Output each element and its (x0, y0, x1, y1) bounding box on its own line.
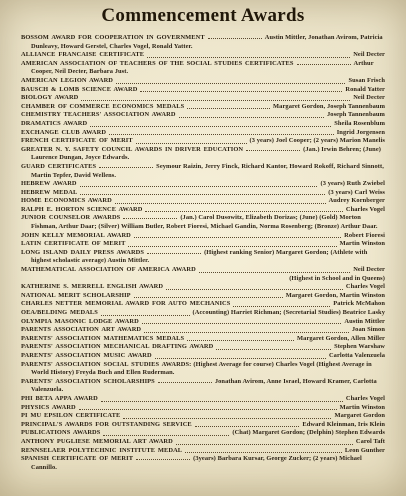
award-recipients: Ingrid Jorgensen (337, 129, 385, 138)
award-recipients: Patrick McMahon (333, 300, 385, 309)
award-line: PARENTS' ASSOCIATION SCHOLARSHIPSJonatha… (21, 378, 377, 394)
award-recipients: Charles Vogel (346, 206, 385, 215)
award-entry: PARENTS' ASSOCIATION SOCIAL STUDIES AWAR… (21, 361, 385, 378)
award-name: PARENTS' ASSOCIATION SOCIAL STUDIES AWAR… (21, 361, 191, 368)
award-name: RENNSELAER POLYTECHNIC INSTITUTE MEDAL (21, 447, 182, 456)
award-name: PRINCIPAL'S AWARDS FOR OUTSTANDING SERVI… (21, 421, 192, 430)
dot-leader (185, 452, 342, 453)
award-entry: RENNSELAER POLYTECHNIC INSTITUTE MEDALLe… (21, 447, 385, 456)
page-title: Commencement Awards (21, 5, 385, 27)
dot-leader (116, 83, 345, 84)
award-name: CHARLES NETTER MEMORIAL AWARD FOR AUTO M… (21, 300, 230, 309)
dot-leader (147, 250, 201, 254)
award-line: LONG ISLAND DAILY PRESS AWARDS(Highest r… (21, 249, 367, 265)
award-line: OLYMPIA MASONIC LODGE AWARDAustin Mittle… (21, 318, 385, 327)
award-recipients: Joan Simon (352, 326, 385, 335)
dot-leader (176, 444, 353, 445)
award-line: PRINCIPAL'S AWARDS FOR OUTSTANDING SERVI… (21, 421, 385, 430)
dot-leader (109, 134, 334, 135)
award-note: (Highest in School and in Queens) (21, 275, 385, 284)
dot-leader (158, 379, 212, 383)
award-line: CHARLES NETTER MEMORIAL AWARD FOR AUTO M… (21, 300, 385, 309)
award-line: BOSSOM AWARD FOR COOPERATION IN GOVERNME… (21, 34, 383, 50)
award-line: GUARD CERTIFICATESSeymour Raizin, Jerry … (21, 163, 384, 179)
award-name: SPANISH CERTIFICATE OF MERIT (21, 455, 133, 462)
dot-leader (101, 315, 190, 316)
award-entry: BIOLOGY AWARDNeil Decter (21, 94, 385, 103)
award-name: LONG ISLAND DAILY PRESS AWARDS (21, 249, 144, 256)
award-name: PHYSICS AWARD (21, 404, 76, 413)
award-name: NATIONAL MERIT SCHOLARSHIP (21, 292, 131, 301)
award-entry: ANTHONY PUGLIESE MEMORIAL ART AWARDCarol… (21, 438, 385, 447)
dot-leader (187, 340, 294, 341)
award-name: AMERICAN ASSOCIATION OF TEACHERS OF THE … (21, 60, 294, 67)
award-recipients: Charles Vogel (346, 283, 385, 292)
dot-leader (179, 117, 324, 118)
award-line: HOME ECONOMICS AWARDAudrey Kornberger (21, 197, 385, 206)
dot-leader (140, 91, 342, 92)
award-recipients: (Chat) Margaret Gordon; (Delphin) Stephe… (232, 429, 385, 438)
award-line: ANTHONY PUGLIESE MEMORIAL ART AWARDCarol… (21, 438, 385, 447)
award-line: GREATER N. Y. SAFETY COUNCIL AWARDS IN D… (21, 146, 381, 162)
award-entry: CHEMISTRY TEACHERS' ASSOCIATION AWARDJos… (21, 111, 385, 120)
award-name: ALLIANCE FRANCAISE CERTIFICATE (21, 51, 144, 60)
award-line: CHAMBER OF COMMERCE ECONOMICS MEDALSMarg… (21, 103, 385, 112)
award-entry: PARENTS' ASSOCIATION MECHANICAL DRAFTING… (21, 343, 385, 352)
award-name: CHEMISTRY TEACHERS' ASSOCIATION AWARD (21, 111, 176, 120)
award-entry: GREATER N. Y. SAFETY COUNCIL AWARDS IN D… (21, 146, 385, 163)
award-entry: CHAMBER OF COMMERCE ECONOMICS MEDALSMarg… (21, 103, 385, 112)
award-recipients: Margaret Gordon (334, 412, 385, 421)
award-entry: DRAMATICS AWARDSheila Rosenblum (21, 120, 385, 129)
award-line: AMERICAN LEGION AWARDSusan Frisch (21, 77, 385, 86)
award-name: EXCHANGE CLUB AWARD (21, 129, 106, 138)
award-line: HEBREW MEDAL(3 years) Carl Weiss (21, 189, 385, 198)
dot-leader (101, 401, 343, 402)
award-line: RENNSELAER POLYTECHNIC INSTITUTE MEDALLe… (21, 447, 385, 456)
award-recipients: Margaret Gordon, Martin Winston (286, 292, 385, 301)
award-recipients: Joseph Tannenbaum (327, 111, 385, 120)
award-recipients: Austin Mittler (344, 318, 385, 327)
dot-leader (134, 237, 341, 238)
award-line: LATIN CERTIFICATE OF MERITMartin Winston (21, 240, 385, 249)
dot-leader (90, 126, 331, 127)
award-recipients: Neil Decter (353, 266, 385, 275)
award-entry: JOHN KELLY MEMORIAL AWARDRobert Fioresi (21, 232, 385, 241)
page: Commencement Awards BOSSOM AWARD FOR COO… (21, 5, 385, 472)
award-recipients: Ronald Yatter (345, 86, 385, 95)
award-line: NATIONAL MERIT SCHOLARSHIPMargaret Gordo… (21, 292, 385, 301)
award-line: CHEMISTRY TEACHERS' ASSOCIATION AWARDJos… (21, 111, 385, 120)
dot-leader (128, 246, 336, 247)
award-line: ALLIANCE FRANCAISE CERTIFICATENeil Decte… (21, 51, 385, 60)
award-entry: JUNIOR COUNSELOR AWARDS(Jan.) Carol Duso… (21, 214, 385, 231)
award-name: PHI BETA APPA AWARD (21, 395, 98, 404)
award-recipients: Sheila Rosenblum (334, 120, 385, 129)
award-line: HEBREW AWARD(3 years) Ruth Zwiebel (21, 180, 385, 189)
award-name: RALPH E. HORTON SCIENCE AWARD (21, 206, 142, 215)
award-line: EXCHANGE CLUB AWARDIngrid Jorgensen (21, 129, 385, 138)
award-recipients: (3 years) Carl Weiss (328, 189, 385, 198)
award-line: PUBLICATIONS AWARDS(Chat) Margaret Gordo… (21, 429, 385, 438)
dot-leader (199, 272, 350, 273)
award-line: PI MU EPSILON CERTIFICATEMargaret Gordon (21, 412, 385, 421)
award-entry: AMERICAN LEGION AWARDSusan Frisch (21, 77, 385, 86)
award-name: GUARD CERTIFICATES (21, 163, 96, 170)
award-name: JUNIOR COUNSELOR AWARDS (21, 214, 120, 221)
award-entry: HOME ECONOMICS AWARDAudrey Kornberger (21, 197, 385, 206)
award-line: PARENTS' ASSOCIATION MATHEMATICS MEDALSM… (21, 335, 385, 344)
dot-leader (81, 100, 350, 101)
award-recipients: Stephen Warshaw (334, 343, 385, 352)
award-name: CHAMBER OF COMMERCE ECONOMICS MEDALS (21, 103, 184, 112)
award-entry: BAUSCH & LOMB SCIENCE AWARDRonald Yatter (21, 86, 385, 95)
dot-leader (123, 215, 177, 219)
dot-leader (80, 186, 318, 187)
award-line: KATHERINE S. MERRELL ENGLISH AWARDCharle… (21, 283, 385, 292)
award-line: OEA/BELDING MEDALS(Accounting) Harriet R… (21, 309, 385, 318)
award-entry: PRINCIPAL'S AWARDS FOR OUTSTANDING SERVI… (21, 421, 385, 430)
award-entry: PARENTS' ASSOCIATION SCHOLARSHIPSJonatha… (21, 378, 385, 395)
award-name: PI MU EPSILON CERTIFICATE (21, 412, 120, 421)
award-line: PARENTS ASSOCIATION ART AWARDJoan Simon (21, 326, 385, 335)
award-entry: PUBLICATIONS AWARDS(Chat) Margaret Gordo… (21, 429, 385, 438)
award-line: BIOLOGY AWARDNeil Decter (21, 94, 385, 103)
award-entry: KATHERINE S. MERRELL ENGLISH AWARDCharle… (21, 283, 385, 292)
award-entry: FRENCH CERTIFICATE OF MERIT(3 years) Joe… (21, 137, 385, 146)
award-line: BAUSCH & LOMB SCIENCE AWARDRonald Yatter (21, 86, 385, 95)
award-recipients: Martin Winston (340, 404, 385, 413)
award-name: MATHEMATICAL ASSOCIATION OF AMERICA AWAR… (21, 266, 196, 275)
award-line: JOHN KELLY MEMORIAL AWARDRobert Fioresi (21, 232, 385, 241)
award-recipients: Susan Frisch (348, 77, 385, 86)
award-entry: ALLIANCE FRANCAISE CERTIFICATENeil Decte… (21, 51, 385, 60)
award-entry: OEA/BELDING MEDALS(Accounting) Harriet R… (21, 309, 385, 318)
dot-leader (136, 143, 247, 144)
award-entry: GUARD CERTIFICATESSeymour Raizin, Jerry … (21, 163, 385, 180)
dot-leader (208, 35, 262, 39)
award-entry: BOSSOM AWARD FOR COOPERATION IN GOVERNME… (21, 34, 385, 51)
dot-leader (155, 358, 326, 359)
award-line: FRENCH CERTIFICATE OF MERIT(3 years) Joe… (21, 137, 385, 146)
award-entry: NATIONAL MERIT SCHOLARSHIPMargaret Gordo… (21, 292, 385, 301)
award-line: MATHEMATICAL ASSOCIATION OF AMERICA AWAR… (21, 266, 385, 275)
award-recipients: (3 years) Ruth Zwiebel (320, 180, 385, 189)
awards-list: BOSSOM AWARD FOR COOPERATION IN GOVERNME… (21, 34, 385, 472)
award-entry: LATIN CERTIFICATE OF MERITMartin Winston (21, 240, 385, 249)
award-line: JUNIOR COUNSELOR AWARDS(Jan.) Carol Duso… (21, 214, 378, 230)
award-entry: CHARLES NETTER MEMORIAL AWARD FOR AUTO M… (21, 300, 385, 309)
award-name: PARENTS' ASSOCIATION SCHOLARSHIPS (21, 378, 155, 385)
award-name: KATHERINE S. MERRELL ENGLISH AWARD (21, 283, 163, 292)
award-recipients: Leon Gunther (345, 447, 385, 456)
dot-leader (80, 194, 325, 195)
award-entry: AMERICAN ASSOCIATION OF TEACHERS OF THE … (21, 60, 385, 77)
dot-leader (115, 203, 326, 204)
award-entry: HEBREW AWARD(3 years) Ruth Zwiebel (21, 180, 385, 189)
award-recipients: Robert Fioresi (344, 232, 385, 241)
award-name: LATIN CERTIFICATE OF MERIT (21, 240, 125, 249)
award-entry: LONG ISLAND DAILY PRESS AWARDS(Highest r… (21, 249, 385, 266)
award-name: DRAMATICS AWARD (21, 120, 87, 129)
award-entry: PI MU EPSILON CERTIFICATEMargaret Gordon (21, 412, 385, 421)
award-line: PARENTS' ASSOCIATION MECHANICAL DRAFTING… (21, 343, 385, 352)
dot-leader (145, 211, 342, 212)
award-entry: EXCHANGE CLUB AWARDIngrid Jorgensen (21, 129, 385, 138)
dot-leader (123, 418, 331, 419)
award-entry: PARENTS ASSOCIATION ART AWARDJoan Simon (21, 326, 385, 335)
award-recipients: Neil Decter (353, 51, 385, 60)
award-name: FRENCH CERTIFICATE OF MERIT (21, 137, 133, 146)
dot-leader (187, 108, 270, 109)
award-entry: SPANISH CERTIFICATE OF MERIT(3years) Bar… (21, 455, 385, 472)
dot-leader (144, 332, 349, 333)
award-name: PUBLICATIONS AWARDS (21, 429, 100, 438)
award-recipients: Neil Decter (353, 94, 385, 103)
award-entry: PARENTS' ASSOCIATION MUSIC AWARDCarlotta… (21, 352, 385, 361)
dot-leader (99, 164, 153, 168)
award-name: HEBREW MEDAL (21, 189, 77, 198)
award-name: PARENTS ASSOCIATION ART AWARD (21, 326, 141, 335)
dot-leader (134, 297, 283, 298)
award-line: AMERICAN ASSOCIATION OF TEACHERS OF THE … (21, 60, 374, 76)
award-recipients: (Accounting) Harriet Richman; (Secretari… (193, 309, 386, 318)
award-recipients: Carol Taft (356, 438, 385, 447)
award-name: GREATER N. Y. SAFETY COUNCIL AWARDS IN D… (21, 146, 243, 153)
award-line: RALPH E. HORTON SCIENCE AWARDCharles Vog… (21, 206, 385, 215)
award-entry: MATHEMATICAL ASSOCIATION OF AMERICA AWAR… (21, 266, 385, 283)
award-line: PARENTS' ASSOCIATION MUSIC AWARDCarlotta… (21, 352, 385, 361)
dot-leader (103, 435, 229, 436)
award-name: PARENTS' ASSOCIATION MECHANICAL DRAFTING… (21, 343, 213, 352)
award-name: BIOLOGY AWARD (21, 94, 78, 103)
award-name: AMERICAN LEGION AWARD (21, 77, 113, 86)
award-recipients: Charles Vogel (346, 395, 385, 404)
award-recipients: Martin Winston (340, 240, 385, 249)
award-line: PARENTS' ASSOCIATION SOCIAL STUDIES AWAR… (21, 361, 372, 377)
dot-leader (216, 349, 331, 350)
award-name: PARENTS' ASSOCIATION MUSIC AWARD (21, 352, 152, 361)
dot-leader (142, 323, 342, 324)
award-entry: PHI BETA APPA AWARDCharles Vogel (21, 395, 385, 404)
award-recipients: Audrey Kornberger (329, 197, 385, 206)
award-name: PARENTS' ASSOCIATION MATHEMATICS MEDALS (21, 335, 184, 344)
award-recipients: Edward Kleinman, Iris Klein (302, 421, 385, 430)
award-name: BAUSCH & LOMB SCIENCE AWARD (21, 86, 137, 95)
dot-leader (147, 57, 350, 58)
award-line: PHI BETA APPA AWARDCharles Vogel (21, 395, 385, 404)
award-recipients: (3 years) Joel Cooper; (2 years) Marion … (250, 137, 386, 146)
dot-leader (79, 409, 337, 410)
award-name: OEA/BELDING MEDALS (21, 309, 98, 318)
award-line: DRAMATICS AWARDSheila Rosenblum (21, 120, 385, 129)
dot-leader (195, 426, 300, 427)
award-line: SPANISH CERTIFICATE OF MERIT(3years) Bar… (21, 455, 362, 471)
dot-leader (297, 61, 351, 65)
dot-leader (246, 147, 300, 151)
award-recipients: Carlotta Valenzuela (329, 352, 385, 361)
award-name: HOME ECONOMICS AWARD (21, 197, 112, 206)
award-entry: PHYSICS AWARDMartin Winston (21, 404, 385, 413)
award-recipients: Margaret Gordon, Joseph Tannenbaum (273, 103, 385, 112)
award-name: JOHN KELLY MEMORIAL AWARD (21, 232, 131, 241)
award-entry: OLYMPIA MASONIC LODGE AWARDAustin Mittle… (21, 318, 385, 327)
award-name: HEBREW AWARD (21, 180, 77, 189)
award-recipients: Margaret Gordon, Allen Miller (297, 335, 385, 344)
award-entry: PARENTS' ASSOCIATION MATHEMATICS MEDALSM… (21, 335, 385, 344)
award-entry: HEBREW MEDAL(3 years) Carl Weiss (21, 189, 385, 198)
award-name: OLYMPIA MASONIC LODGE AWARD (21, 318, 139, 327)
dot-leader (233, 306, 330, 307)
award-name: BOSSOM AWARD FOR COOPERATION IN GOVERNME… (21, 34, 205, 41)
award-line: PHYSICS AWARDMartin Winston (21, 404, 385, 413)
dot-leader (166, 289, 343, 290)
dot-leader (136, 456, 190, 460)
award-entry: RALPH E. HORTON SCIENCE AWARDCharles Vog… (21, 206, 385, 215)
award-name: ANTHONY PUGLIESE MEMORIAL ART AWARD (21, 438, 173, 447)
